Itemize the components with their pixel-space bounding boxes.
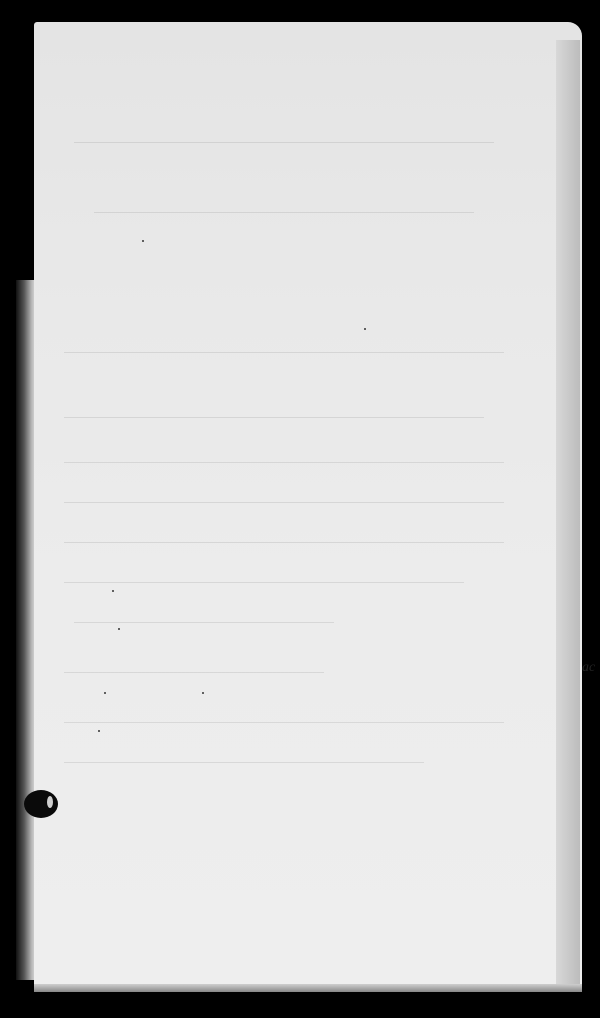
bleed-through-line [64,417,484,418]
speck [98,730,100,732]
bleed-through-line [64,502,504,503]
speck [118,628,120,630]
speck [112,590,114,592]
speck [364,328,366,330]
bleed-through-line [64,762,424,763]
bleed-through-line [74,142,494,143]
binder-clip [24,790,58,818]
adjacent-page-fragment: ac [582,660,600,700]
page-bottom-edge [34,984,582,992]
bleed-through-line [64,672,324,673]
speck [142,240,144,242]
bleed-through-line [94,212,474,213]
speck [202,692,204,694]
page-edge [556,40,580,990]
bleed-through-line [64,542,504,543]
binding-strip [16,280,36,980]
speck [104,692,106,694]
bleed-through-line [74,622,334,623]
document-page [34,22,582,992]
bleed-through-line [64,582,464,583]
bleed-through-line [64,462,504,463]
bleed-through-line [64,722,504,723]
bleed-through-line [64,352,504,353]
